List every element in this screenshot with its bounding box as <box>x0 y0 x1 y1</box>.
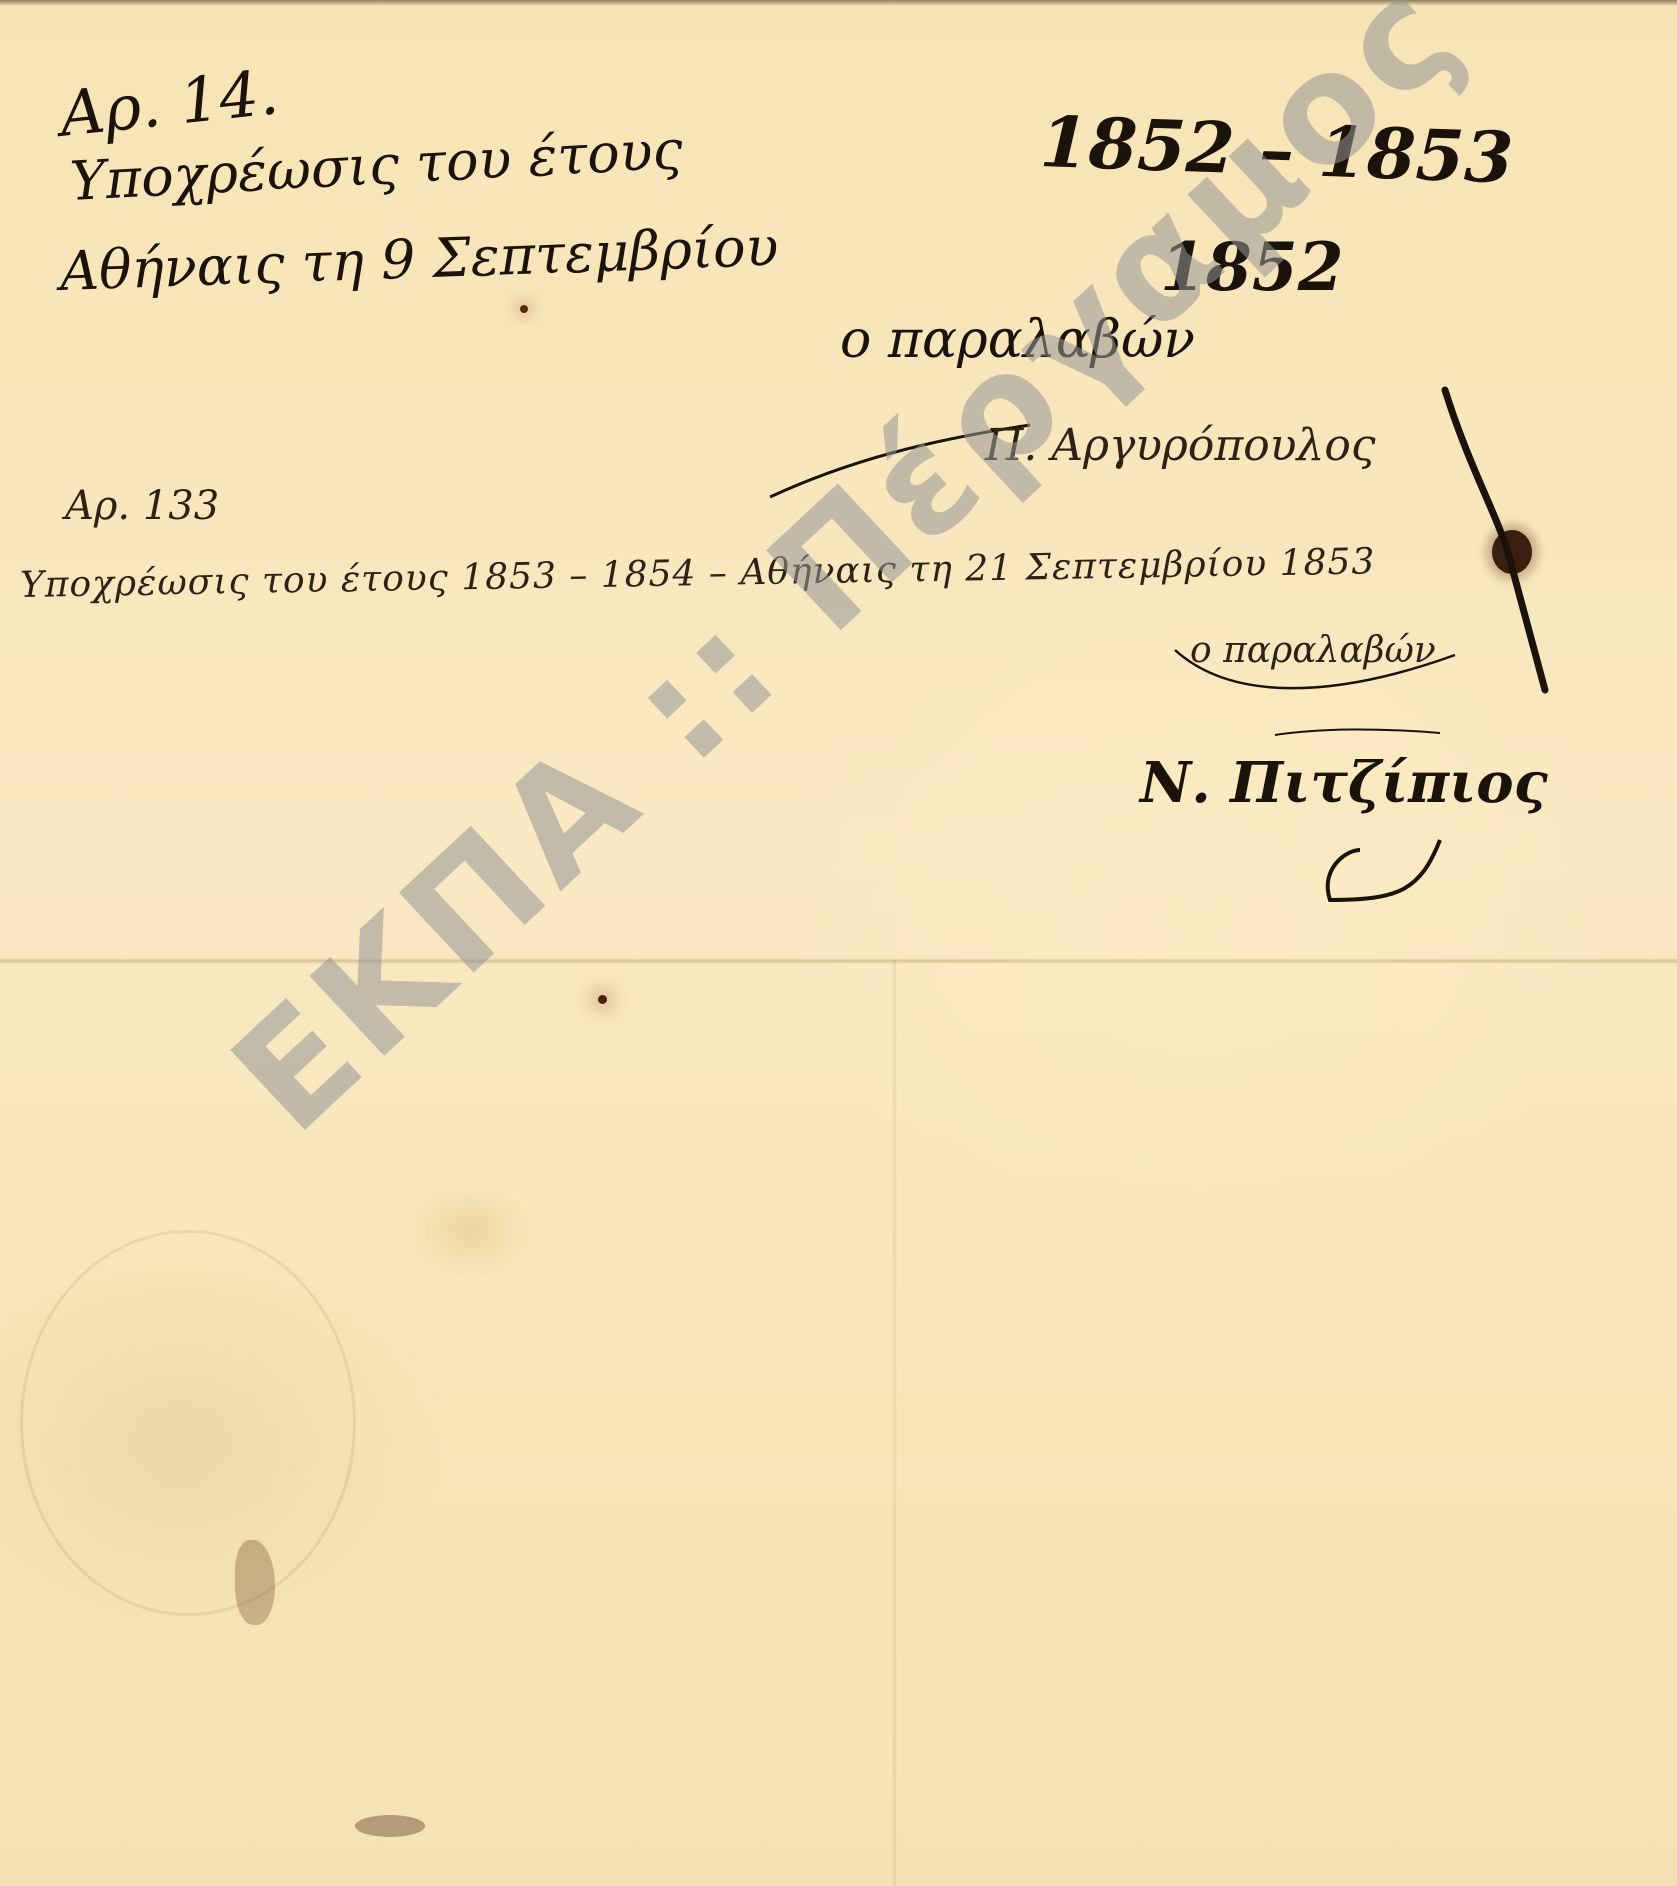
entry-2-number: Αρ. 133 <box>65 483 219 529</box>
entry-2-signature: Ν. Πιτζίπιος <box>1140 750 1548 816</box>
entry-2-closing: ο παραλαβών <box>1190 630 1436 671</box>
